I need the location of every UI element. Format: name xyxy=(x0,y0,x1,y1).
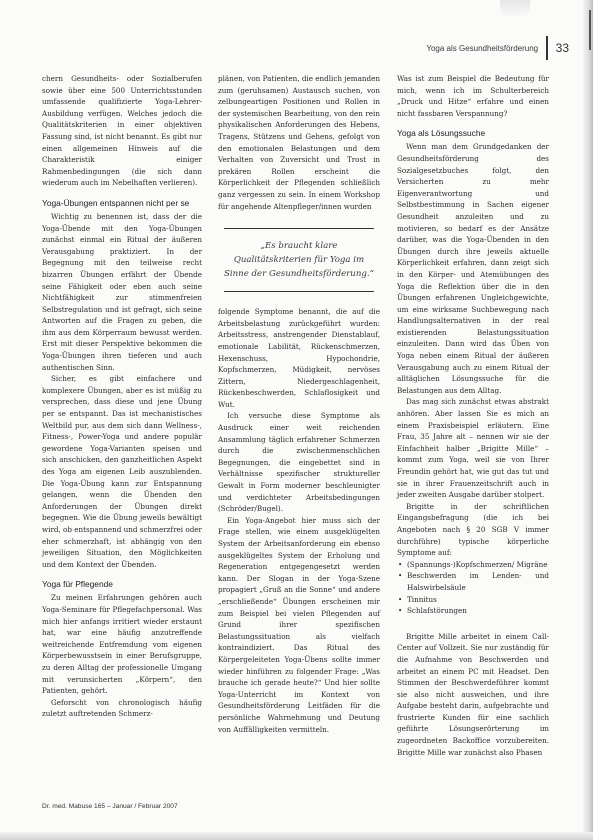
paragraph: folgende Symptome benannt, die auf die A… xyxy=(218,306,380,410)
header-divider xyxy=(546,36,548,60)
paragraph: Das mag sich zunächst etwas abstrakt anh… xyxy=(397,396,549,500)
page-header: Yoga als Gesundheitsförderung 33 xyxy=(426,36,569,60)
paragraph: Brigitte Mille arbeitet in einem Call-Ce… xyxy=(397,631,549,759)
column-1: chern Gesundheits- oder Sozialberufen so… xyxy=(42,73,202,720)
list-item: (Spannungs-)Kopfschmerzen/ Migräne xyxy=(407,559,549,571)
paragraph: Brigitte in der schriftlichen Eingangsbe… xyxy=(397,501,549,559)
paragraph: Ein Yoga-Angebot hier muss sich der Frag… xyxy=(218,515,380,735)
paragraph: Zu meinen Erfahrungen gehören auch Yoga-… xyxy=(42,592,202,696)
paragraph: Wenn man dem Grundgedanken der Gesundhei… xyxy=(397,141,549,396)
list-item: Schlafstörungen xyxy=(407,605,549,617)
running-head: Yoga als Gesundheitsförderung xyxy=(426,44,546,53)
scan-bottom-edge xyxy=(0,832,593,840)
paragraph: Sicher, es gibt einfachere und komplexer… xyxy=(42,373,202,570)
column-2: plänen, von Patienten, die endlich jeman… xyxy=(218,73,380,735)
paragraph: plänen, von Patienten, die endlich jeman… xyxy=(218,73,380,212)
section-heading: Yoga-Übungen entspannen nicht per se xyxy=(42,198,202,209)
section-heading: Yoga als Lösungssuche xyxy=(397,128,549,139)
page-edge xyxy=(583,0,593,840)
section-heading: Yoga für Pflegende xyxy=(42,579,202,590)
page-footer: Dr. med. Mabuse 165 – Januar / Februar 2… xyxy=(42,803,178,810)
document-page: Yoga als Gesundheitsförderung 33 chern G… xyxy=(0,0,593,840)
paragraph: Ich versuche diese Symptome als Ausdruck… xyxy=(218,410,380,514)
list-item: Beschwerden im Lenden- und Halswirbelsäu… xyxy=(407,570,549,593)
column-3: Was ist zum Beispiel die Bedeutung für m… xyxy=(397,73,549,758)
scan-shadow xyxy=(500,0,530,18)
paragraph: Geforscht von chronologisch häufig zulet… xyxy=(42,697,202,720)
page-number: 33 xyxy=(556,41,569,55)
symptom-list: (Spannungs-)Kopfschmerzen/ Migräne Besch… xyxy=(397,559,549,617)
pull-quote: „Es braucht klare Qualitätskriterien für… xyxy=(224,228,374,292)
list-item: Tinnitus xyxy=(407,594,549,606)
paragraph: Was ist zum Beispiel die Bedeutung für m… xyxy=(397,73,549,119)
paragraph: Wichtig zu benennen ist, dass der die Yo… xyxy=(42,211,202,373)
paragraph: chern Gesundheits- oder Sozialberufen so… xyxy=(42,73,202,189)
page-edge-mark xyxy=(589,10,591,50)
